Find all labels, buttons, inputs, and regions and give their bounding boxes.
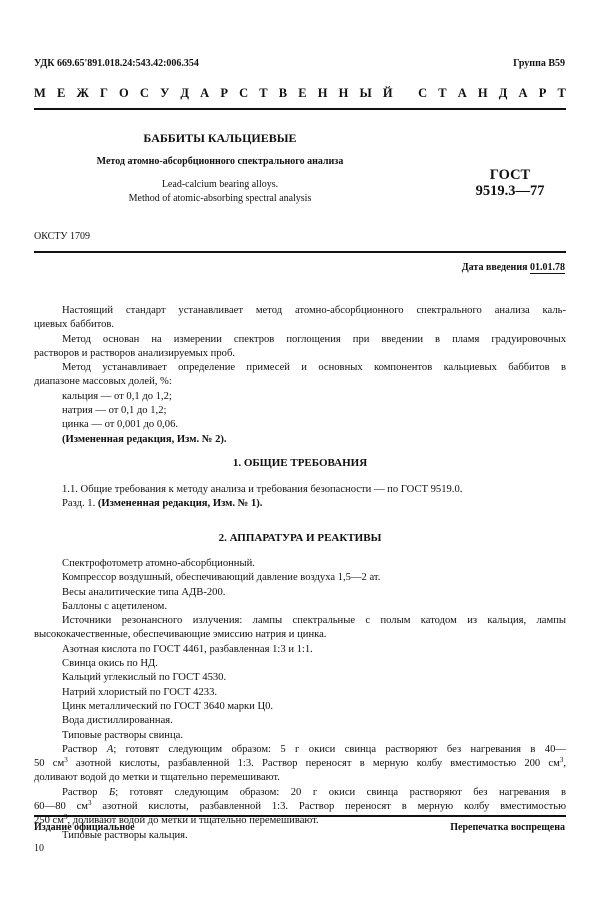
date-value: 01.01.78: [530, 262, 565, 274]
solution-a-line3: доливают водой до метки и тщательно пере…: [34, 771, 566, 785]
list-item: Компрессор воздушный, обеспечивающий дав…: [34, 571, 566, 585]
revision-note: (Измененная редакция, Изм. № 2).: [34, 433, 566, 447]
heading-letter: С: [418, 86, 427, 101]
heading-letter: С: [140, 86, 149, 101]
text-fragment: ; готовят следующим образом: 20 г окиси …: [115, 787, 566, 798]
text-line: растворов и растворов анализируемых проб…: [34, 347, 566, 361]
heading-letter: А: [200, 86, 209, 101]
solution-b-line1: Раствор Б; готовят следующим образом: 20…: [34, 786, 566, 800]
heading-letter: У: [160, 86, 169, 101]
list-item: Вода дистиллированная.: [34, 714, 566, 728]
revision-note: Разд. 1. (Измененная редакция, Изм. № 1)…: [34, 497, 566, 511]
text-line: Метод основан на измерении спектров погл…: [34, 333, 566, 347]
heading-letter: [404, 86, 407, 101]
list-item: Натрий хлористый по ГОСТ 4233.: [34, 686, 566, 700]
text-fragment: Раствор: [62, 787, 109, 798]
heading-letter: А: [519, 86, 528, 101]
intro-section: Настоящий стандарт устанавливает метод а…: [34, 304, 566, 447]
heading-letter: Т: [438, 86, 446, 101]
document-subtitle: Метод атомно-абсорбционного спектральног…: [0, 156, 440, 167]
range-item: кальция — от 0,1 до 1,2;: [34, 390, 566, 404]
list-item: Кальций углекислый по ГОСТ 4530.: [34, 671, 566, 685]
oksty-code: ОКСТУ 1709: [34, 231, 90, 242]
text-line: Источники резонансного излучения: лампы …: [34, 614, 566, 628]
text-line: Метод устанавливает определение примесей…: [34, 361, 566, 375]
udk-code: УДК 669.65'891.018.24:543.42:006.354: [34, 58, 199, 69]
english-title-line2: Method of atomic-absorbing spectral anal…: [0, 193, 440, 204]
list-item: Свинца окись по НД.: [34, 657, 566, 671]
page-number: 10: [34, 843, 44, 854]
heading-letter: Н: [318, 86, 328, 101]
text-line: 1.1. Общие требования к методу анализа и…: [34, 483, 566, 497]
section-1: 1.1. Общие требования к методу анализа и…: [34, 483, 566, 512]
heading-letter: Р: [220, 86, 228, 101]
heading-letter: Т: [557, 86, 565, 101]
solution-a-line2: 50 см3 азотной кислоты, разбавленной 1:3…: [34, 757, 566, 771]
heading-letter: Ж: [76, 86, 88, 101]
gost-number: 9519.3—77: [440, 183, 580, 199]
oksty-divider: [34, 251, 566, 253]
english-title-line1: Lead-calcium bearing alloys.: [0, 179, 440, 190]
heading-letter: Д: [180, 86, 189, 101]
heading-letter: О: [119, 86, 129, 101]
text-fragment: Раствор: [62, 744, 107, 755]
heading-letter: Ы: [360, 86, 372, 101]
heading-letter: М: [34, 86, 46, 101]
heading-letter: Г: [100, 86, 108, 101]
heading-letter: Н: [478, 86, 488, 101]
gost-label: ГОСТ: [440, 167, 580, 183]
heading-letter: С: [239, 86, 248, 101]
text-fragment: ; готовят следующим образом: 5 г окиси с…: [113, 744, 566, 755]
heading-letter: Н: [339, 86, 349, 101]
group-code: Группа В59: [513, 58, 565, 69]
heading-letter: В: [279, 86, 287, 101]
text-fragment: 60—80 см: [34, 801, 88, 812]
heading-letter: Р: [539, 86, 547, 101]
heading-letter: А: [458, 86, 467, 101]
header-divider: [34, 108, 566, 110]
gost-designation: ГОСТ 9519.3—77: [440, 167, 580, 199]
text-line: циевых баббитов.: [34, 318, 566, 332]
heading-letter: Е: [57, 86, 65, 101]
heading-letter: Т: [259, 86, 267, 101]
solution-a-line1: Раствор А; готовят следующим образом: 5 …: [34, 743, 566, 757]
official-edition-note: Издание официальное: [34, 822, 135, 833]
heading-letter: Д: [499, 86, 508, 101]
text-line: Настоящий стандарт устанавливает метод а…: [34, 304, 566, 318]
section-2-heading: 2. АППАРАТУРА И РЕАКТИВЫ: [34, 531, 566, 545]
footer-divider: [34, 815, 566, 817]
heading-letter: Е: [298, 86, 306, 101]
solution-b-line2: 60—80 см3 азотной кислоты, разбавленной …: [34, 800, 566, 814]
standard-type-heading: МЕЖГОСУДАРСТВЕННЫЙ СТАНДАРТ: [34, 86, 566, 101]
date-label: Дата введения: [462, 262, 528, 273]
list-item: Азотная кислота по ГОСТ 4461, разбавленн…: [34, 643, 566, 657]
document-title: БАББИТЫ КАЛЬЦИЕВЫЕ: [0, 131, 440, 146]
list-item: Спектрофотометр атомно-абсорбционный.: [34, 557, 566, 571]
section-1-heading: 1. ОБЩИЕ ТРЕБОВАНИЯ: [34, 456, 566, 470]
reprint-prohibited-note: Перепечатка воспрещена: [450, 822, 565, 833]
heading-letter: Й: [383, 86, 393, 101]
text-line: высококачественные, обеспечивающие эмисс…: [34, 628, 566, 642]
list-item: Цинк металлический по ГОСТ 3640 марки Ц0…: [34, 700, 566, 714]
range-item: цинка — от 0,001 до 0,06.: [34, 418, 566, 432]
text-fragment: ,: [563, 758, 566, 769]
text-fragment: 50 см: [34, 758, 64, 769]
revision-prefix: Разд. 1.: [62, 498, 95, 509]
text-line: диапазоне массовых долей, %:: [34, 375, 566, 389]
text-fragment: азотной кислоты, разбавленной 1:3. Раств…: [68, 758, 560, 769]
revision-text: (Измененная редакция, Изм. № 1).: [98, 498, 263, 509]
list-item: Весы аналитические типа АДВ-200.: [34, 586, 566, 600]
section-2: Спектрофотометр атомно-абсорбционный. Ко…: [34, 557, 566, 843]
range-item: натрия — от 0,1 до 1,2;: [34, 404, 566, 418]
list-item: Баллоны с ацетиленом.: [34, 600, 566, 614]
introduction-date: Дата введения 01.01.78: [462, 262, 565, 273]
list-item: Типовые растворы свинца.: [34, 729, 566, 743]
text-fragment: азотной кислоты, разбавленной 1:3. Раств…: [92, 801, 566, 812]
